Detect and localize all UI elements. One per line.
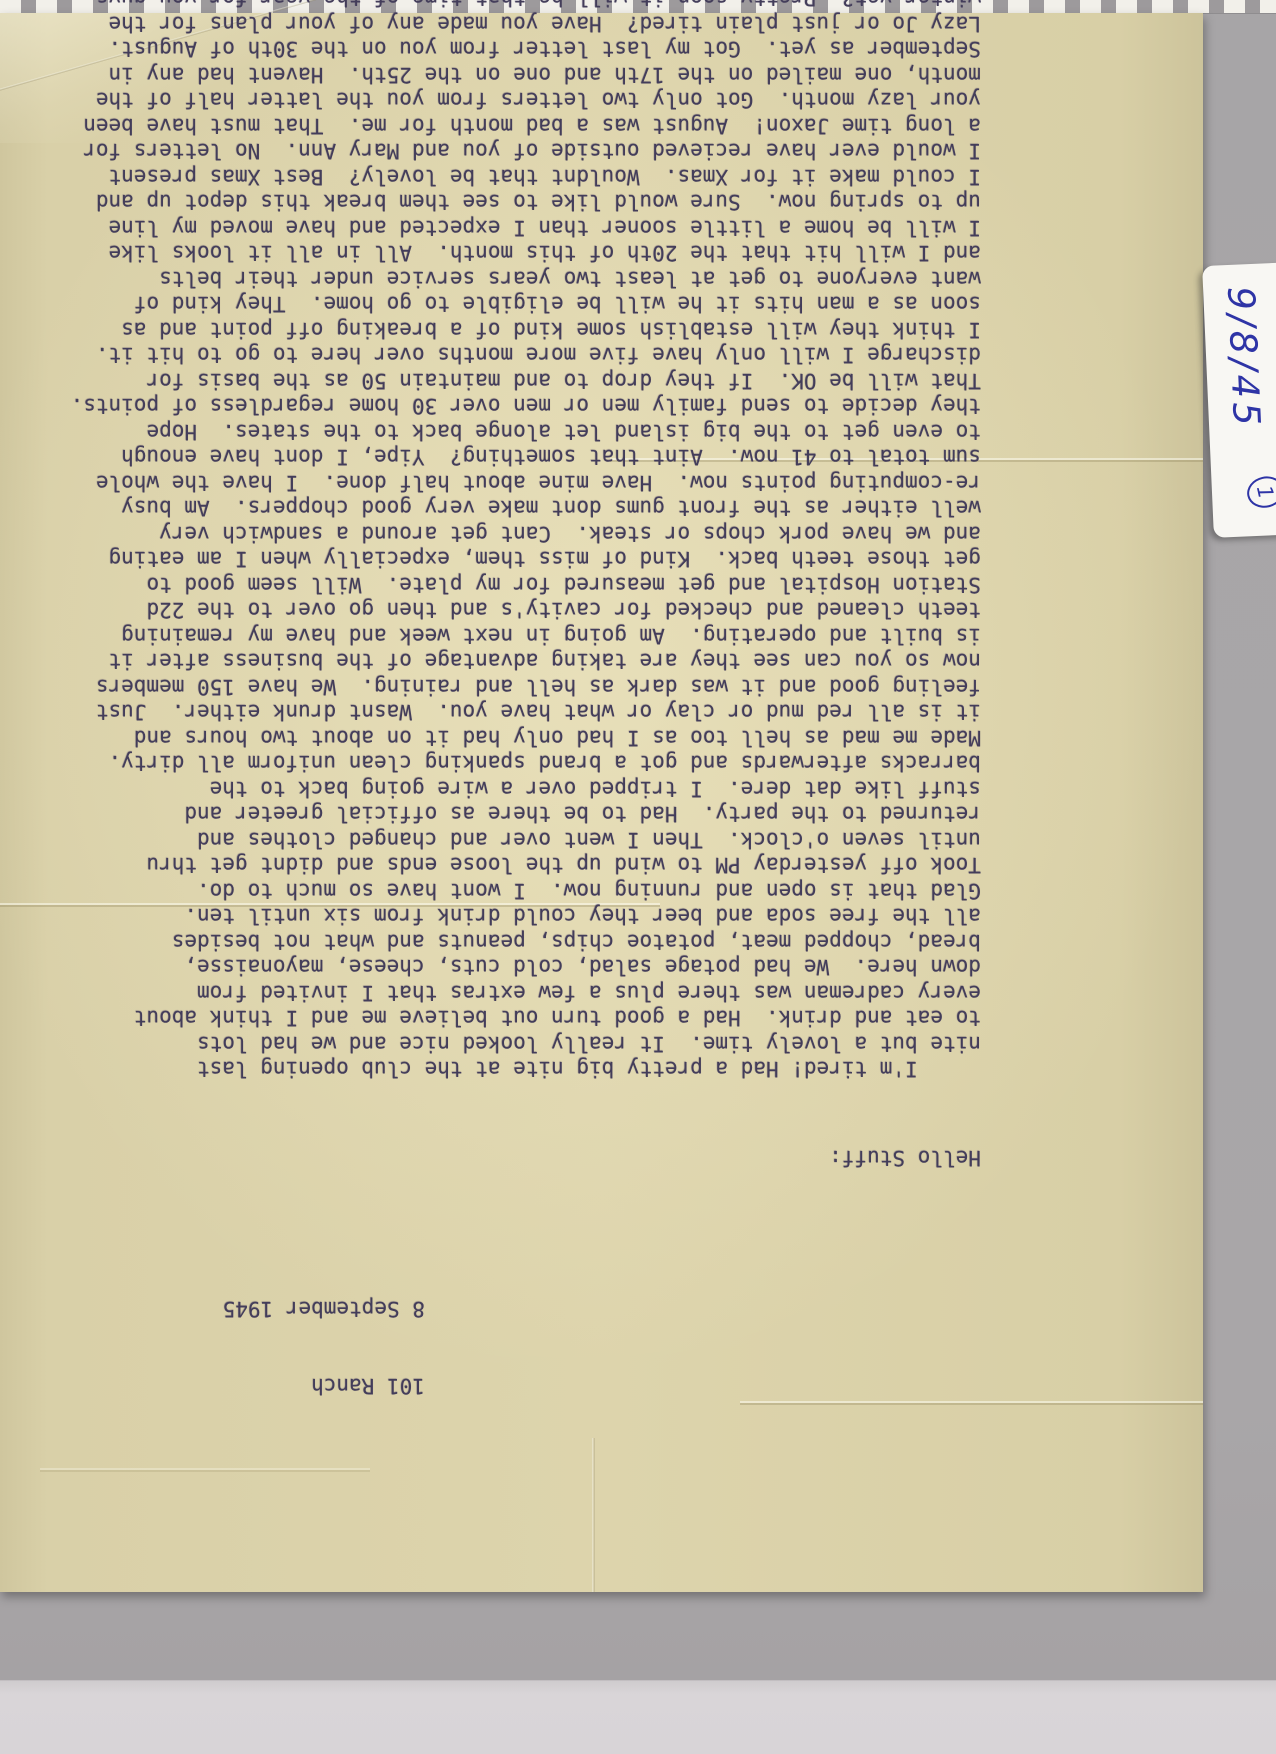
letter-body: I'm tired! Had a pretty big nite at the … [58, 0, 981, 1082]
scanned-letter-page: 101 Ranch 8 September 1945 Hello Stuff: … [0, 0, 1276, 1754]
archive-label: 9/8/45 1 [1202, 262, 1276, 538]
letter-salutation: Hello Stuff: [58, 1145, 981, 1171]
heading-address-line: 101 Ranch [58, 1373, 425, 1399]
letter-heading: 101 Ranch 8 September 1945 [58, 1245, 425, 1449]
heading-date-line: 8 September 1945 [58, 1296, 425, 1322]
scanner-bed-strip [0, 1680, 1276, 1754]
handwritten-date: 9/8/45 [1219, 286, 1271, 498]
letter-paper: 101 Ranch 8 September 1945 Hello Stuff: … [0, 13, 1203, 1592]
letter-content-upside-down: 101 Ranch 8 September 1945 Hello Stuff: … [0, 13, 1203, 1592]
